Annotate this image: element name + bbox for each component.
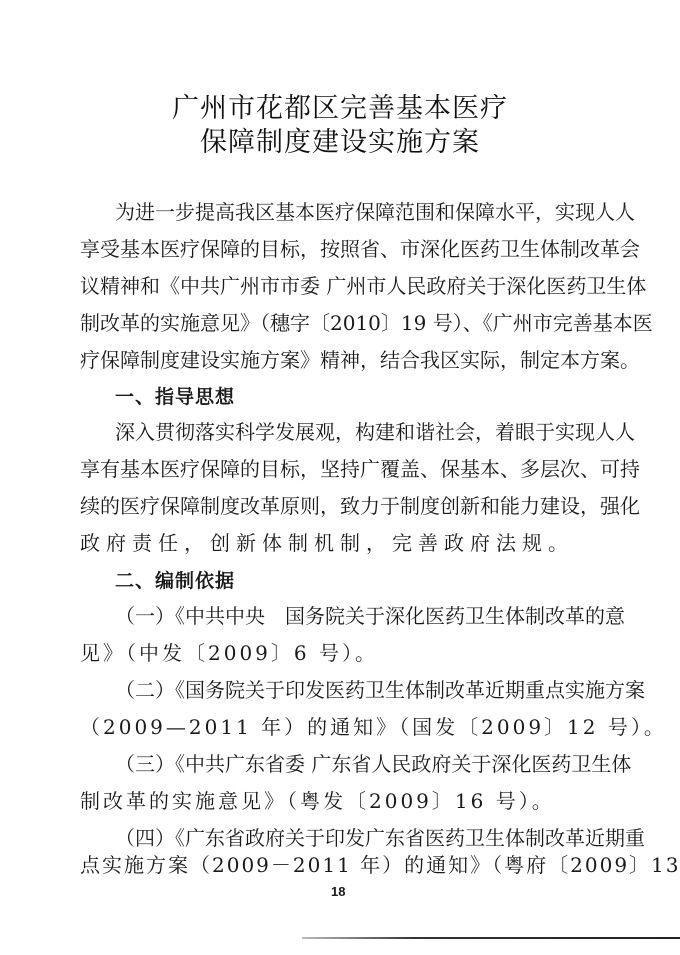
- text-line: 续的医疗保障制度改革原则，致力于制度创新和能力建设，强化: [80, 494, 602, 518]
- list-item-line: 见》（中发〔2009〕6 号）。: [80, 641, 602, 665]
- text-line: 制改革的实施意见》（穗字〔2010〕19 号）、《广州市完善基本医: [80, 311, 602, 335]
- text-line: 享受基本医疗保障的目标，按照省、市深化医药卫生体制改革会: [80, 237, 602, 261]
- footer-rule: [302, 937, 680, 939]
- page-number: 18: [331, 884, 345, 899]
- text-line: 为进一步提高我区基本医疗保障范围和保障水平，实现人人: [115, 200, 602, 224]
- text-line: 疗保障制度建设实施方案》精神，结合我区实际，制定本方案。: [80, 348, 602, 372]
- section-heading-guiding-ideology: 一、指导思想: [115, 382, 235, 409]
- text-line: 深入贯彻落实科学发展观，构建和谐社会，着眼于实现人人: [115, 420, 602, 444]
- list-item-line: 点实施方案（2009－2011 年）的通知》（粤府〔2009〕139 号）。: [80, 853, 602, 877]
- list-item-line: 制改革的实施意见》（粤发〔2009〕16 号）。: [80, 789, 602, 813]
- document-title-line-2: 保障制度建设实施方案: [0, 120, 680, 159]
- list-item-line: （二）《国务院关于印发医药卫生体制改革近期重点实施方案: [115, 678, 602, 702]
- text-line: 议精神和《中共广州市市委 广州市人民政府关于深化医药卫生体: [80, 274, 602, 298]
- list-item-line: （三）《中共广东省委 广东省人民政府关于深化医药卫生体: [115, 752, 602, 776]
- text-line: 享有基本医疗保障的目标，坚持广覆盖、保基本、多层次、可持: [80, 457, 602, 481]
- list-item-line: （四）《广东省政府关于印发广东省医药卫生体制改革近期重: [115, 826, 602, 850]
- list-item-line: （一）《中共中央 国务院关于深化医药卫生体制改革的意: [115, 604, 602, 628]
- section-heading-basis: 二、编制依据: [115, 566, 235, 593]
- text-line: 政府责任，创新体制机制，完善政府法规。: [80, 531, 602, 555]
- list-item-line: （2009—2011 年）的通知》（国发〔2009〕12 号）。: [80, 715, 602, 739]
